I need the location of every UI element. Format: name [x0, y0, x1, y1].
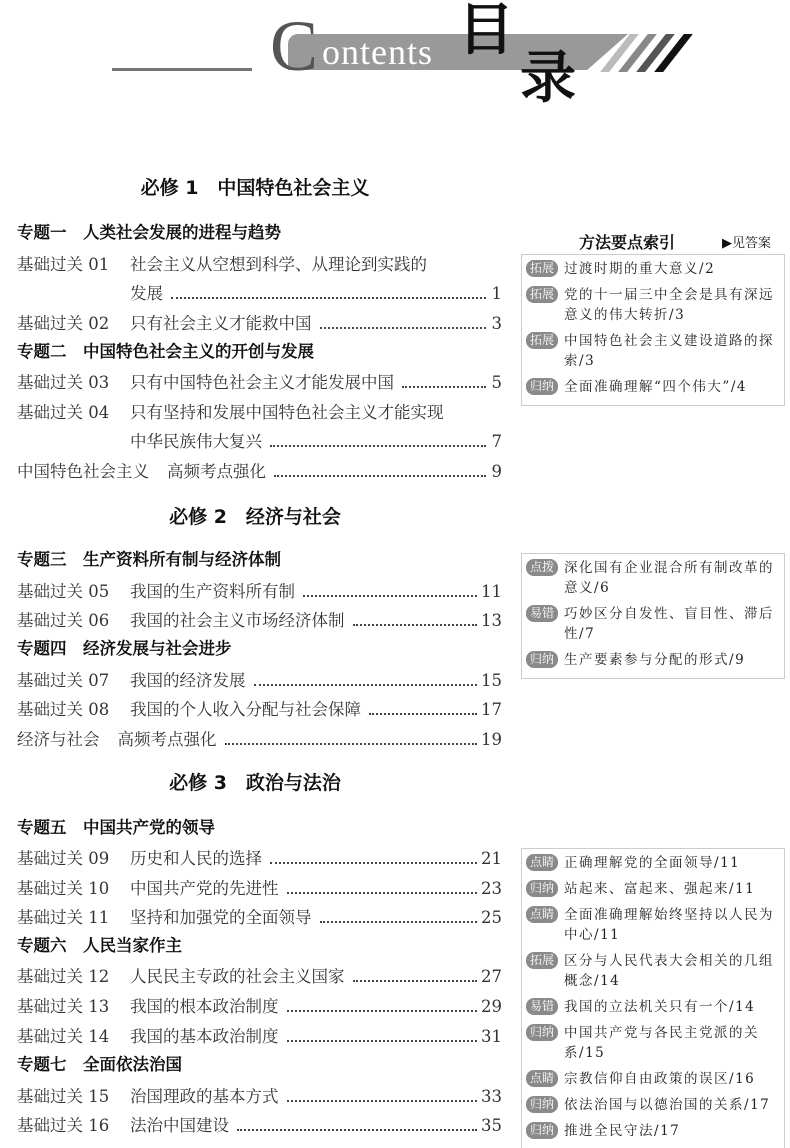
- topic-heading: 专题七 全面依法治国: [17, 1054, 182, 1076]
- header-zh-1: 目: [458, 2, 514, 58]
- page-number: 29: [481, 996, 502, 1018]
- index-text: 我国的立法机关只有一个/14: [564, 997, 780, 1017]
- index-item[interactable]: 归纳站起来、富起来、强起来/11: [526, 879, 780, 899]
- leader-dots: [274, 474, 486, 477]
- index-item[interactable]: 点睛正确理解党的全面领导/11: [526, 853, 780, 873]
- part-heading-3: 必修 3 政治与法治: [0, 771, 510, 795]
- header-zh-2: 录: [520, 50, 576, 106]
- entry-label: 基础过关 03: [17, 372, 130, 394]
- header-en-rest: ontents: [322, 34, 433, 70]
- index-item[interactable]: 归纳推进全民守法/17: [526, 1121, 780, 1141]
- toc-entry[interactable]: 基础过关 06 我国的社会主义市场经济体制 13: [17, 608, 502, 632]
- entry-label: 基础过关 15: [17, 1086, 130, 1108]
- index-box-3: 点睛正确理解党的全面领导/11 归纳站起来、富起来、强起来/11 点睛全面准确理…: [521, 848, 785, 1148]
- index-item[interactable]: 拓展党的十一届三中全会是具有深远意义的伟大转折/3: [526, 285, 780, 325]
- index-item[interactable]: 点睛全面准确理解始终坚持以人民为中心/11: [526, 905, 780, 945]
- toc-entry[interactable]: 基础过关 07 我国的经济发展 15: [17, 668, 502, 692]
- index-text: 正确理解党的全面领导/11: [564, 853, 780, 873]
- index-item[interactable]: 归纳依法治国与以德治国的关系/17: [526, 1095, 780, 1115]
- entry-title: 社会主义从空想到科学、从理论到实践的: [130, 254, 427, 276]
- index-tag: 归纳: [526, 1024, 558, 1041]
- entry-title: 中国共产党的先进性: [130, 878, 279, 900]
- toc-entry[interactable]: 基础过关 02 只有社会主义才能救中国 3: [17, 311, 502, 335]
- index-text: 全面准确理解始终坚持以人民为中心/11: [564, 905, 780, 945]
- index-tag: 归纳: [526, 880, 558, 897]
- entry-label: 基础过关 13: [17, 996, 130, 1018]
- toc-entry[interactable]: 基础过关 11 坚持和加强党的全面领导 25: [17, 905, 502, 929]
- index-item[interactable]: 点睛宗教信仰自由政策的误区/16: [526, 1069, 780, 1089]
- header-rule: [112, 68, 252, 71]
- entry-label: 基础过关 05: [17, 581, 130, 603]
- entry-label: 基础过关 01: [17, 254, 130, 276]
- leader-dots: [270, 861, 477, 864]
- index-text: 站起来、富起来、强起来/11: [564, 879, 780, 899]
- page-number: 35: [481, 1115, 502, 1137]
- leader-dots: [287, 1039, 478, 1042]
- index-text: 推进全民守法/17: [564, 1121, 780, 1141]
- entry-label: 基础过关 06: [17, 610, 130, 632]
- entry-title: 我国的基本政治制度: [130, 1026, 279, 1048]
- leader-dots: [270, 444, 486, 447]
- toc-entry[interactable]: 基础过关 03 只有中国特色社会主义才能发展中国 5: [17, 370, 502, 394]
- index-tag: 拓展: [526, 332, 558, 349]
- entry-title-cont: 中华民族伟大复兴: [130, 431, 262, 453]
- toc-entry[interactable]: 基础过关 09 历史和人民的选择 21: [17, 846, 502, 870]
- entry-label: 基础过关 11: [17, 907, 130, 929]
- entry-title: 我国的社会主义市场经济体制: [130, 610, 345, 632]
- leader-dots: [353, 623, 478, 626]
- entry-label: 基础过关 07: [17, 670, 130, 692]
- leader-dots: [402, 385, 486, 388]
- index-item[interactable]: 易错巧妙区分自发性、盲目性、滞后性/7: [526, 604, 780, 644]
- toc-entry-review[interactable]: 经济与社会 高频考点强化 19: [17, 727, 502, 751]
- entry-title: 历史和人民的选择: [130, 848, 262, 870]
- entry-label: 基础过关 08: [17, 699, 130, 721]
- index-item[interactable]: 归纳中国共产党与各民主党派的关系/15: [526, 1023, 780, 1063]
- topic-heading: 专题一 人类社会发展的进程与趋势: [17, 222, 281, 244]
- index-tag: 点睛: [526, 1070, 558, 1087]
- index-item[interactable]: 拓展中国特色社会主义建设道路的探索/3: [526, 331, 780, 371]
- index-item[interactable]: 拓展区分与人民代表大会相关的几组概念/14: [526, 951, 780, 991]
- index-tag: 归纳: [526, 1096, 558, 1113]
- page-number: 9: [490, 461, 502, 483]
- leader-dots: [254, 683, 478, 686]
- index-box-1: 拓展过渡时期的重大意义/2 拓展党的十一届三中全会是具有深远意义的伟大转折/3 …: [521, 254, 785, 406]
- leader-dots: [320, 326, 487, 329]
- page-number: 15: [481, 670, 502, 692]
- index-item[interactable]: 拓展过渡时期的重大意义/2: [526, 259, 780, 279]
- toc-entry-continuation[interactable]: 中华民族伟大复兴 7: [130, 429, 502, 453]
- index-tag: 拓展: [526, 952, 558, 969]
- page-number: 17: [481, 699, 502, 721]
- entry-label: 基础过关 02: [17, 313, 130, 335]
- index-item[interactable]: 归纳生产要素参与分配的形式/9: [526, 650, 780, 670]
- index-text: 生产要素参与分配的形式/9: [564, 650, 780, 670]
- entry-title: 高频考点强化: [118, 729, 217, 751]
- topic-heading: 专题二 中国特色社会主义的开创与发展: [17, 341, 314, 363]
- page-number: 19: [481, 729, 502, 751]
- entry-label: 基础过关 10: [17, 878, 130, 900]
- entry-title: 我国的根本政治制度: [130, 996, 279, 1018]
- page-number: 11: [481, 581, 502, 603]
- index-box-2: 点拨深化国有企业混合所有制改革的意义/6 易错巧妙区分自发性、盲目性、滞后性/7…: [521, 553, 785, 679]
- index-tag: 点睛: [526, 906, 558, 923]
- entry-title: 治国理政的基本方式: [130, 1086, 279, 1108]
- page-number: 25: [481, 907, 502, 929]
- page-number: 31: [481, 1026, 502, 1048]
- toc-entry[interactable]: 基础过关 16 法治中国建设 35: [17, 1113, 502, 1137]
- index-tag: 易错: [526, 998, 558, 1015]
- index-item[interactable]: 易错我国的立法机关只有一个/14: [526, 997, 780, 1017]
- toc-entry[interactable]: 基础过关 08 我国的个人收入分配与社会保障 17: [17, 697, 502, 721]
- entry-title: 我国的生产资料所有制: [130, 581, 295, 603]
- index-item[interactable]: 归纳全面准确理解“四个伟大”/4: [526, 377, 780, 397]
- index-text: 巧妙区分自发性、盲目性、滞后性/7: [564, 604, 780, 644]
- entry-label: 中国特色社会主义: [17, 461, 149, 483]
- index-text: 中国特色社会主义建设道路的探索/3: [564, 331, 780, 371]
- index-text: 党的十一届三中全会是具有深远意义的伟大转折/3: [564, 285, 780, 325]
- index-text: 深化国有企业混合所有制改革的意义/6: [564, 558, 780, 598]
- index-title: 方法要点索引: [579, 230, 675, 253]
- index-text: 全面准确理解“四个伟大”/4: [564, 377, 780, 397]
- index-tag: 易错: [526, 605, 558, 622]
- toc-entry-review[interactable]: 中国特色社会主义 高频考点强化 9: [17, 459, 502, 483]
- topic-heading: 专题三 生产资料所有制与经济体制: [17, 549, 281, 571]
- page-number: 5: [490, 372, 502, 394]
- entry-label: 基础过关 16: [17, 1115, 130, 1137]
- entry-title: 只有中国特色社会主义才能发展中国: [130, 372, 394, 394]
- toc-entry[interactable]: 基础过关 12 人民民主专政的社会主义国家 27: [17, 964, 502, 988]
- index-text: 依法治国与以德治国的关系/17: [564, 1095, 780, 1115]
- index-text: 中国共产党与各民主党派的关系/15: [564, 1023, 780, 1063]
- topic-heading: 专题六 人民当家作主: [17, 935, 182, 957]
- leader-dots: [287, 891, 478, 894]
- toc-entry-continuation[interactable]: 发展 1: [130, 281, 502, 305]
- toc-entry[interactable]: 基础过关 05 我国的生产资料所有制 11: [17, 579, 502, 603]
- entry-title: 只有社会主义才能救中国: [130, 313, 312, 335]
- entry-title: 只有坚持和发展中国特色社会主义才能实现: [130, 402, 444, 424]
- page-number: 21: [481, 848, 502, 870]
- page-number: 27: [481, 966, 502, 988]
- part-heading-1: 必修 1 中国特色社会主义: [0, 176, 510, 200]
- leader-dots: [287, 1099, 478, 1102]
- leader-dots: [303, 594, 477, 597]
- index-tag: 归纳: [526, 651, 558, 668]
- page-number: 3: [490, 313, 502, 335]
- entry-title: 我国的经济发展: [130, 670, 246, 692]
- index-tag: 拓展: [526, 260, 558, 277]
- page-number: 1: [490, 283, 502, 305]
- index-tag: 归纳: [526, 378, 558, 395]
- entry-title: 坚持和加强党的全面领导: [130, 907, 312, 929]
- toc-entry[interactable]: 基础过关 10 中国共产党的先进性 23: [17, 876, 502, 900]
- entry-label: 基础过关 12: [17, 966, 130, 988]
- entry-title: 高频考点强化: [167, 461, 266, 483]
- leader-dots: [225, 742, 478, 745]
- entry-title: 人民民主专政的社会主义国家: [130, 966, 345, 988]
- entry-label: 基础过关 14: [17, 1026, 130, 1048]
- leader-dots: [353, 979, 478, 982]
- toc-entry[interactable]: 基础过关 01 社会主义从空想到科学、从理论到实践的: [17, 252, 502, 276]
- leader-dots: [171, 296, 486, 299]
- index-item[interactable]: 点拨深化国有企业混合所有制改革的意义/6: [526, 558, 780, 598]
- index-tag: 点睛: [526, 854, 558, 871]
- leader-dots: [287, 1009, 478, 1012]
- toc-entry[interactable]: 基础过关 04 只有坚持和发展中国特色社会主义才能实现: [17, 400, 502, 424]
- index-tag: 拓展: [526, 286, 558, 303]
- page-number: 33: [481, 1086, 502, 1108]
- entry-title: 我国的个人收入分配与社会保障: [130, 699, 361, 721]
- page-number: 7: [490, 431, 502, 453]
- index-text: 区分与人民代表大会相关的几组概念/14: [564, 951, 780, 991]
- topic-heading: 专题五 中国共产党的领导: [17, 817, 215, 839]
- entry-label: 经济与社会: [17, 729, 100, 751]
- header-en-initial: C: [270, 10, 318, 82]
- part-heading-2: 必修 2 经济与社会: [0, 505, 510, 529]
- leader-dots: [320, 920, 478, 923]
- entry-title: 法治中国建设: [130, 1115, 229, 1137]
- toc-entry[interactable]: 基础过关 13 我国的根本政治制度 29: [17, 994, 502, 1018]
- leader-dots: [237, 1128, 477, 1131]
- page-number: 13: [481, 610, 502, 632]
- see-answer-note: ▶见答案: [722, 232, 771, 251]
- entry-label: 基础过关 09: [17, 848, 130, 870]
- index-text: 过渡时期的重大意义/2: [564, 259, 780, 279]
- toc-entry[interactable]: 基础过关 15 治国理政的基本方式 33: [17, 1084, 502, 1108]
- leader-dots: [369, 712, 477, 715]
- entry-label: 基础过关 04: [17, 402, 130, 424]
- index-tag: 归纳: [526, 1122, 558, 1139]
- toc-entry[interactable]: 基础过关 14 我国的基本政治制度 31: [17, 1024, 502, 1048]
- page-number: 23: [481, 878, 502, 900]
- entry-title-cont: 发展: [130, 283, 163, 305]
- index-text: 宗教信仰自由政策的误区/16: [564, 1069, 780, 1089]
- index-tag: 点拨: [526, 559, 558, 576]
- topic-heading: 专题四 经济发展与社会进步: [17, 638, 232, 660]
